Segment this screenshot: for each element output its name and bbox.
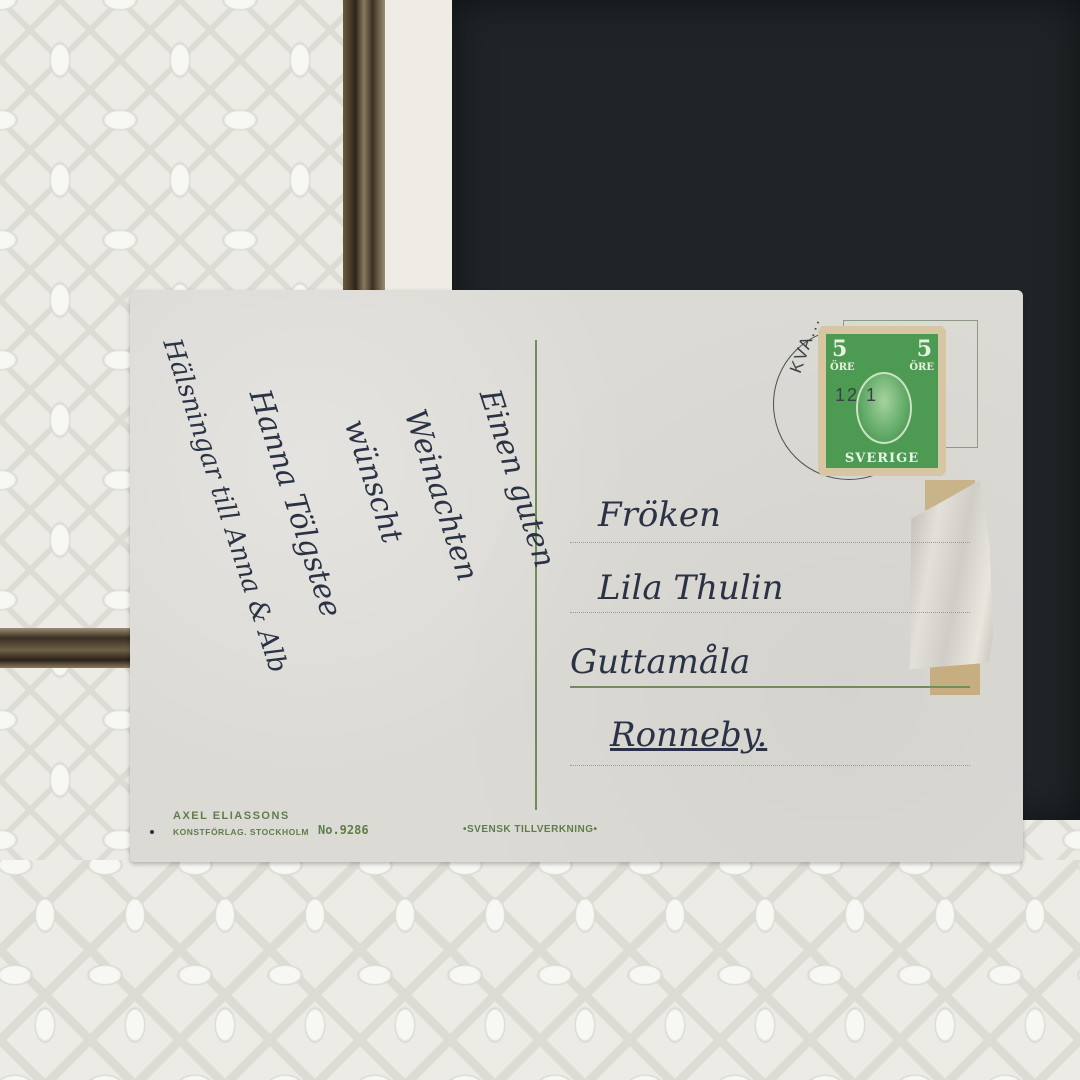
address-line xyxy=(570,542,970,543)
postcard: KVA... 5 5 ÖRE ÖRE SVERIGE 12 1 Fröken L… xyxy=(130,290,1023,862)
card-number: No.9286 xyxy=(318,823,369,837)
adhesive-tape xyxy=(907,480,993,695)
picture-frame-edge-horizontal xyxy=(0,628,130,668)
message-line-1: Einen guten xyxy=(472,385,562,572)
address-line-1: Fröken xyxy=(598,495,721,535)
made-in-sweden: •SVENSK TILLVERKNING• xyxy=(463,824,598,835)
publisher-city: KONSTFÖRLAG. STOCKHOLM xyxy=(173,827,309,837)
publisher-name: AXEL ELIASSONS xyxy=(173,810,290,822)
address-line xyxy=(570,612,970,613)
king-portrait-icon xyxy=(856,372,912,444)
message-line-2: Weinachten xyxy=(397,405,485,585)
address-line xyxy=(570,765,970,766)
postmark-date: 12 1 xyxy=(835,385,878,406)
picture-frame-edge-vertical xyxy=(343,0,385,290)
address-line-4: Ronneby. xyxy=(610,715,767,755)
stamp-value: 5 xyxy=(917,336,932,362)
stamp-country: SVERIGE xyxy=(826,451,938,466)
address-line xyxy=(570,686,970,688)
frame-mat xyxy=(385,0,452,290)
message-line-3: wünscht xyxy=(337,415,410,547)
stamp-unit: ÖRE xyxy=(909,362,934,373)
address-line-3: Guttamåla xyxy=(570,642,750,682)
ink-dot xyxy=(150,830,154,834)
postcard-divider-line xyxy=(535,340,537,810)
stamp-unit: ÖRE xyxy=(830,362,855,373)
address-line-2: Lila Thulin xyxy=(598,568,784,608)
embroidered-fabric-foreground xyxy=(0,860,1080,1080)
stamp-value: 5 xyxy=(832,336,847,362)
